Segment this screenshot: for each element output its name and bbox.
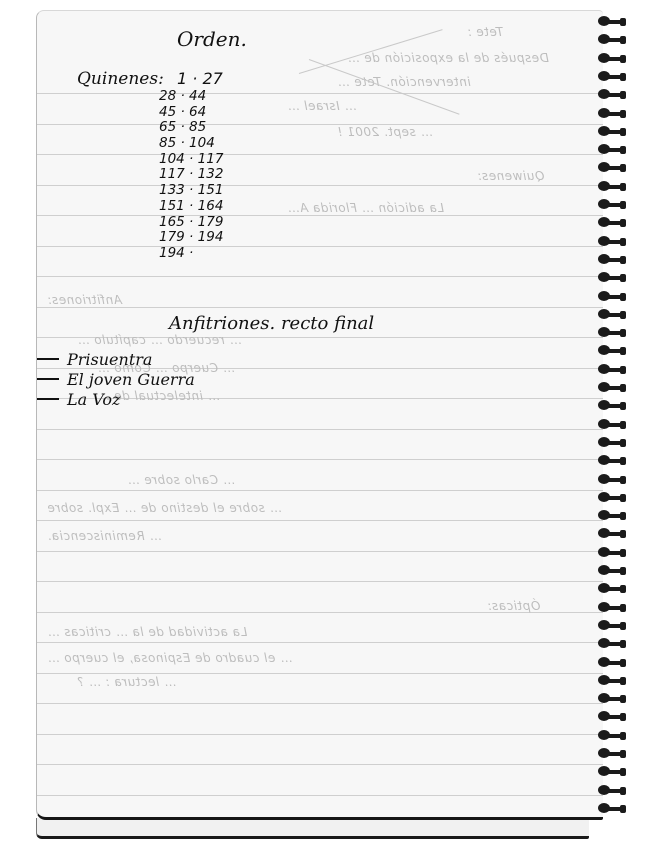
list-item: El joven Guerra xyxy=(37,369,195,389)
bleed-through-text: Tete : xyxy=(467,25,503,39)
notebook-page: Tete :Después de la exposición de …inter… xyxy=(36,10,603,820)
work-list: PrisuentraEl joven GuerraLa Voz xyxy=(37,349,195,409)
dash-bullet-icon xyxy=(37,378,59,380)
spiral-coil-icon xyxy=(596,343,628,357)
dash-bullet-icon xyxy=(37,398,59,400)
ruled-line xyxy=(37,93,603,94)
page-range: 194 · xyxy=(159,246,223,262)
ruled-line xyxy=(37,673,603,674)
spiral-coil-icon xyxy=(596,270,628,284)
spiral-coil-icon xyxy=(596,508,628,522)
page-range: 45 · 64 xyxy=(159,105,223,121)
ruled-line xyxy=(37,551,603,552)
ruled-line xyxy=(37,490,603,491)
spiral-coil-icon xyxy=(596,380,628,394)
page-range: 179 · 194 xyxy=(159,230,223,246)
spiral-coil-icon xyxy=(596,435,628,449)
spiral-coil-icon xyxy=(596,453,628,467)
spiral-coil-icon xyxy=(596,179,628,193)
spiral-coil-icon xyxy=(596,32,628,46)
list-item-text: La Voz xyxy=(67,390,120,409)
spiral-coil-icon xyxy=(596,490,628,504)
bleed-through-text: … recuerdo … capítulo … xyxy=(77,333,241,347)
spiral-coil-icon xyxy=(596,472,628,486)
spiral-coil-icon xyxy=(596,417,628,431)
bleed-through-text: … el cuadro de Espinosa, el cuerpo … xyxy=(47,651,292,665)
spiral-coil-icon xyxy=(596,691,628,705)
ruled-line xyxy=(37,795,603,796)
ruled-line xyxy=(37,764,603,765)
spiral-coil-icon xyxy=(596,252,628,266)
spiral-coil-icon xyxy=(596,655,628,669)
spiral-coil-icon xyxy=(596,87,628,101)
spiral-binding xyxy=(596,14,630,834)
ruled-line xyxy=(37,734,603,735)
bleed-through-text: Anfitriones: xyxy=(47,293,122,307)
page-range-list: 1 · 2728 · 4445 · 6465 · 8585 · 104104 ·… xyxy=(159,69,223,262)
bleed-through-text: … sept. 2001 ! xyxy=(337,125,433,139)
spiral-coil-icon xyxy=(596,234,628,248)
ruled-line xyxy=(37,185,603,186)
page-range: 85 · 104 xyxy=(159,136,223,152)
spiral-coil-icon xyxy=(596,618,628,632)
bleed-through-text: Ópticas: xyxy=(487,599,540,613)
bleed-through-text: … Israel … xyxy=(287,99,356,113)
dash-bullet-icon xyxy=(37,358,59,360)
page-range: 117 · 132 xyxy=(159,167,223,183)
ruled-line xyxy=(37,215,603,216)
ruled-line xyxy=(37,703,603,704)
spiral-coil-icon xyxy=(596,746,628,760)
bleed-through-text: La adición … Florida A… xyxy=(287,201,444,215)
spiral-coil-icon xyxy=(596,581,628,595)
ruled-line xyxy=(37,154,603,155)
spiral-coil-icon xyxy=(596,545,628,559)
spiral-coil-icon xyxy=(596,307,628,321)
spiral-coil-icon xyxy=(596,124,628,138)
spiral-coil-icon xyxy=(596,600,628,614)
ruled-line xyxy=(37,429,603,430)
bleed-through-text: … lectura : … ? xyxy=(77,675,176,689)
spiral-coil-icon xyxy=(596,215,628,229)
bleed-through-text: … sobre el destino de … Expl. sobre xyxy=(47,501,282,515)
spiral-coil-icon xyxy=(596,106,628,120)
page-title: Orden. xyxy=(177,27,247,51)
list-item: Prisuentra xyxy=(37,349,195,369)
list-item-text: El joven Guerra xyxy=(67,370,195,389)
ruled-line xyxy=(37,124,603,125)
ruled-line xyxy=(37,276,603,277)
section-heading: Anfitriones. recto final xyxy=(169,313,374,334)
spiral-coil-icon xyxy=(596,673,628,687)
notebook-back-page xyxy=(36,818,589,839)
bleed-through-text: La actividad de la … criticas … xyxy=(47,625,247,639)
spiral-coil-icon xyxy=(596,709,628,723)
spiral-coil-icon xyxy=(596,14,628,28)
list-item: La Voz xyxy=(37,389,195,409)
ruled-line xyxy=(37,246,603,247)
order-label: Quinenes: xyxy=(77,69,164,89)
spiral-coil-icon xyxy=(596,764,628,778)
ruled-line xyxy=(37,581,603,582)
bleed-through-text: … Reminiscencia. xyxy=(47,529,161,543)
spiral-coil-icon xyxy=(596,142,628,156)
spiral-coil-icon xyxy=(596,801,628,815)
spiral-coil-icon xyxy=(596,362,628,376)
spiral-coil-icon xyxy=(596,636,628,650)
spiral-coil-icon xyxy=(596,197,628,211)
spiral-coil-icon xyxy=(596,398,628,412)
spiral-coil-icon xyxy=(596,325,628,339)
bleed-through-text: Después de la exposición de … xyxy=(347,51,549,65)
spiral-coil-icon xyxy=(596,69,628,83)
page-range: 151 · 164 xyxy=(159,199,223,215)
spiral-coil-icon xyxy=(596,728,628,742)
page-range: 1 · 27 xyxy=(177,69,223,89)
spiral-coil-icon xyxy=(596,289,628,303)
ruled-line xyxy=(37,642,603,643)
spiral-coil-icon xyxy=(596,783,628,797)
page-range: 104 · 117 xyxy=(159,152,223,168)
ruled-line xyxy=(37,459,603,460)
spiral-coil-icon xyxy=(596,563,628,577)
bleed-through-text: Quiwenes: xyxy=(477,169,544,183)
spiral-coil-icon xyxy=(596,160,628,174)
spiral-coil-icon xyxy=(596,526,628,540)
page-range: 133 · 151 xyxy=(159,183,223,199)
page-range: 165 · 179 xyxy=(159,215,223,231)
page-range: 28 · 44 xyxy=(159,89,223,105)
ruled-line xyxy=(37,520,603,521)
spiral-coil-icon xyxy=(596,51,628,65)
bleed-through-text: … Carlo sobre … xyxy=(127,473,235,487)
list-item-text: Prisuentra xyxy=(67,350,152,369)
page-range: 65 · 85 xyxy=(159,120,223,136)
